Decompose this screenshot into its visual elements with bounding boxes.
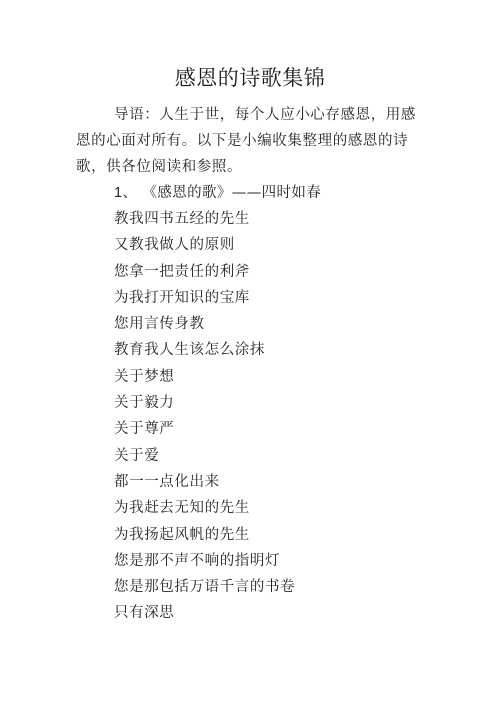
poem-line: 关于梦想 — [114, 364, 295, 390]
poem-line: 您是那包括万语千言的书卷 — [114, 574, 295, 600]
document-title: 感恩的诗歌集锦 — [0, 64, 500, 92]
poem-line: 您拿一把责任的利斧 — [114, 259, 295, 285]
poem-lines: 教我四书五经的先生 又教我做人的原则 您拿一把责任的利斧 为我打开知识的宝库 您… — [114, 206, 295, 627]
poem-line: 关于尊严 — [114, 416, 295, 442]
section-heading: 1、 《感恩的歌》——四时如春 — [114, 180, 321, 206]
poem-line: 为我扬起风帆的先生 — [114, 522, 295, 548]
intro-paragraph: 导语：人生于世，每个人应小心存感恩，用感恩的心面对所有。以下是小编收集整理的感恩… — [76, 102, 428, 180]
poem-line: 教我四书五经的先生 — [114, 206, 295, 232]
poem-line: 您用言传身教 — [114, 311, 295, 337]
poem-line: 都一一点化出来 — [114, 469, 295, 495]
poem-line: 只有深思 — [114, 600, 295, 626]
poem-line: 为我打开知识的宝库 — [114, 285, 295, 311]
poem-line: 关于毅力 — [114, 390, 295, 416]
poem-line: 关于爱 — [114, 443, 295, 469]
poem-line: 为我赶去无知的先生 — [114, 495, 295, 521]
section-title: 《感恩的歌》——四时如春 — [142, 185, 321, 201]
poem-line: 教育我人生该怎么涂抹 — [114, 337, 295, 363]
poem-line: 又教我做人的原则 — [114, 232, 295, 258]
poem-line: 您是那不声不响的指明灯 — [114, 548, 295, 574]
section-number: 1、 — [114, 185, 137, 201]
